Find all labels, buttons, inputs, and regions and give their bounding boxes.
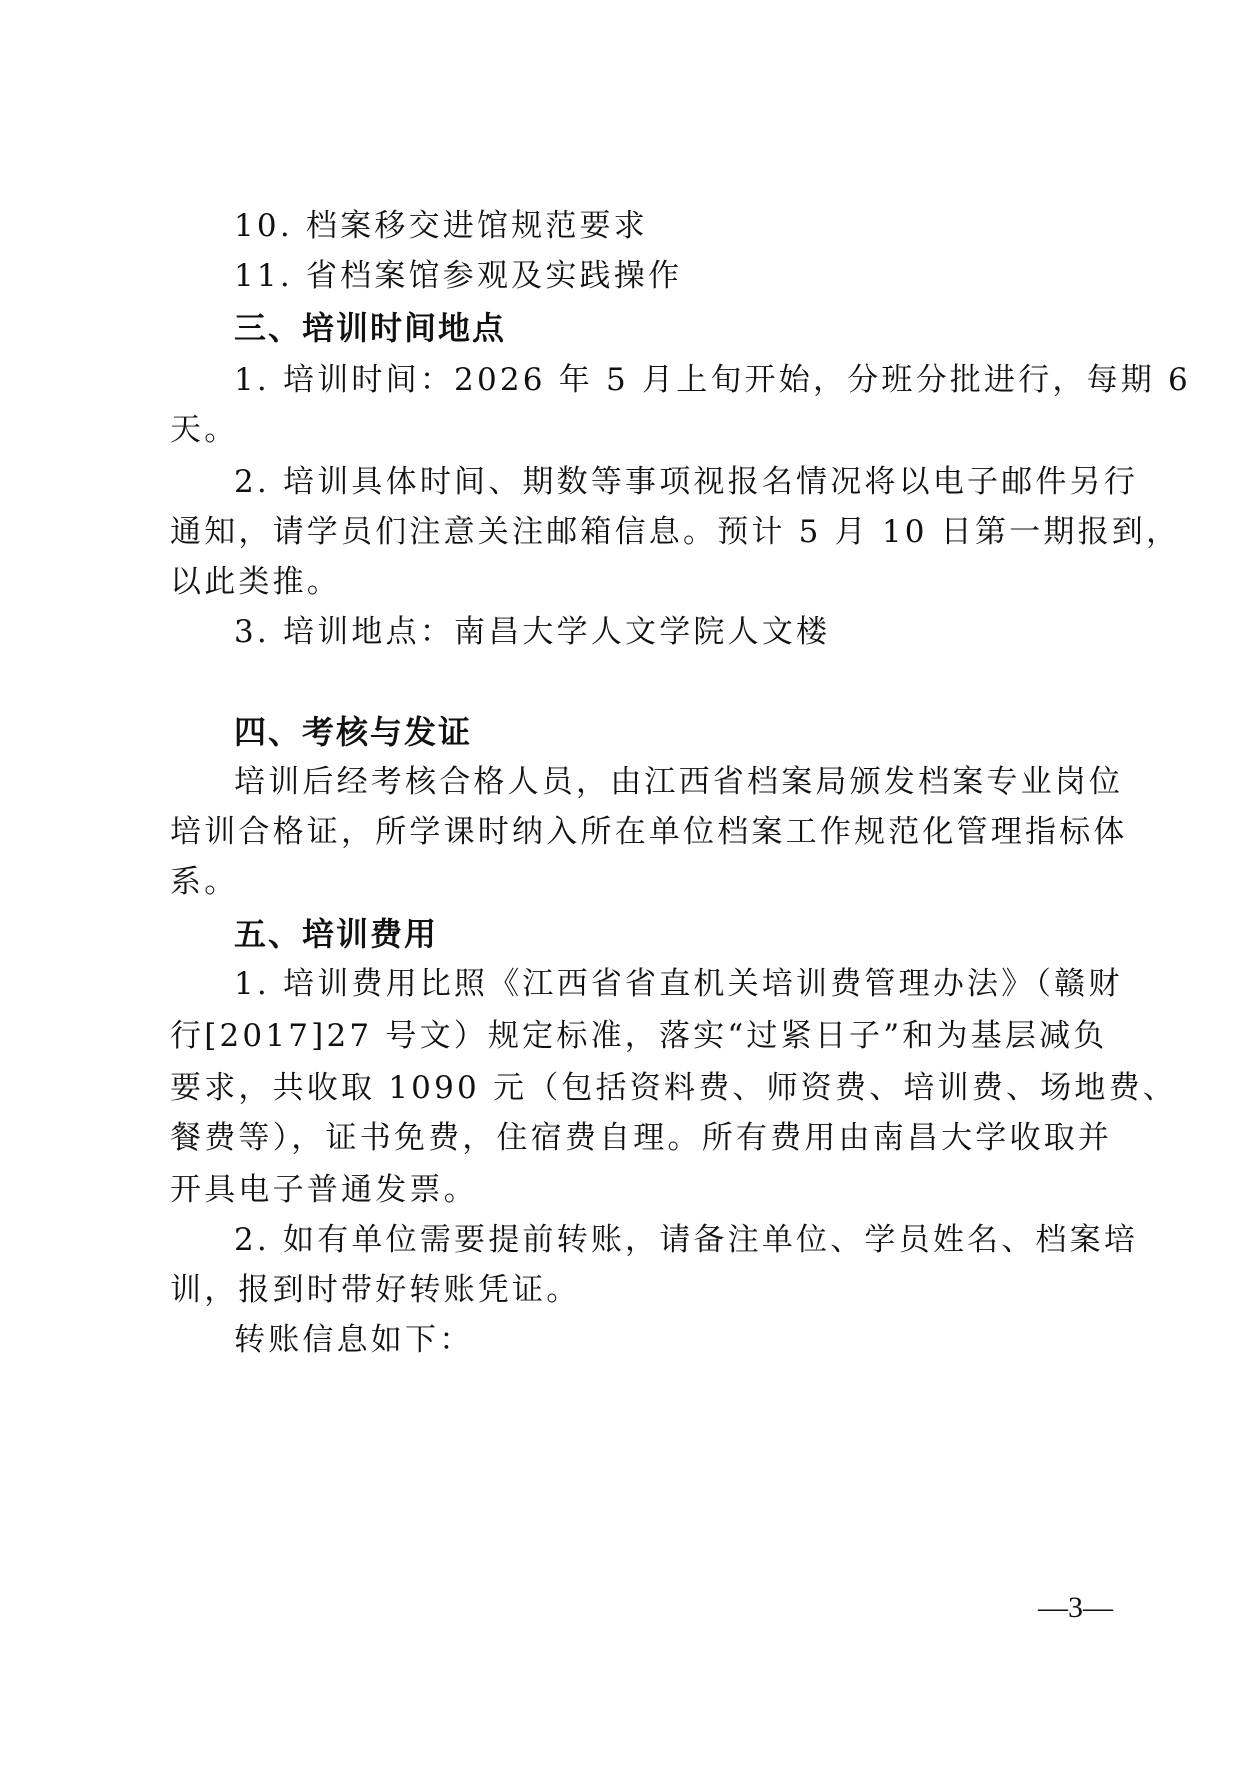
paragraph-line: 转账信息如下： xyxy=(234,1320,1164,1360)
paragraph-line: 以此类推。 xyxy=(170,562,1100,602)
paragraph-line: 培训合格证，所学课时纳入所在单位档案工作规范化管理指标体 xyxy=(170,812,1100,852)
section-heading-time-location: 三、培训时间地点 xyxy=(234,308,1164,348)
paragraph-line: 1. 培训费用比照《江西省省直机关培训费管理办法》（赣财 xyxy=(234,964,1100,1004)
paragraph-line: 天。 xyxy=(170,410,1100,450)
paragraph-line: 系。 xyxy=(170,862,1100,902)
paragraph-line: 通知，请学员们注意关注邮箱信息。预计 5 月 10 日第一期报到， xyxy=(170,512,1100,552)
paragraph-line: 2. 如有单位需要提前转账，请备注单位、学员姓名、档案培 xyxy=(234,1220,1100,1260)
paragraph-line: 要求，共收取 1090 元（包括资料费、师资费、培训费、场地费、 xyxy=(170,1068,1100,1108)
section-heading-fees: 五、培训费用 xyxy=(234,914,1164,954)
paragraph-line: 2. 培训具体时间、期数等事项视报名情况将以电子邮件另行 xyxy=(234,462,1100,502)
section-heading-assessment: 四、考核与发证 xyxy=(234,712,1164,752)
paragraph-line: 1. 培训时间：2026 年 5 月上旬开始，分班分批进行，每期 6 xyxy=(234,360,1100,400)
page-number: —3— xyxy=(1038,1588,1113,1628)
paragraph-line: 餐费等），证书免费，住宿费自理。所有费用由南昌大学收取并 xyxy=(170,1118,1100,1158)
list-item-11: 11. 省档案馆参观及实践操作 xyxy=(234,256,1164,296)
paragraph-line: 训，报到时带好转账凭证。 xyxy=(170,1270,1100,1310)
document-page: 10. 档案移交进馆规范要求 11. 省档案馆参观及实践操作 三、培训时间地点 … xyxy=(0,0,1260,1772)
paragraph-line: 3. 培训地点：南昌大学人文学院人文楼 xyxy=(234,612,1164,652)
list-item-10: 10. 档案移交进馆规范要求 xyxy=(234,206,1164,246)
paragraph-line: 开具电子普通发票。 xyxy=(170,1170,1100,1210)
paragraph-line: 行[2017]27 号文）规定标准，落实“过紧日子”和为基层减负 xyxy=(170,1016,1100,1056)
paragraph-line: 培训后经考核合格人员，由江西省档案局颁发档案专业岗位 xyxy=(234,762,1100,802)
